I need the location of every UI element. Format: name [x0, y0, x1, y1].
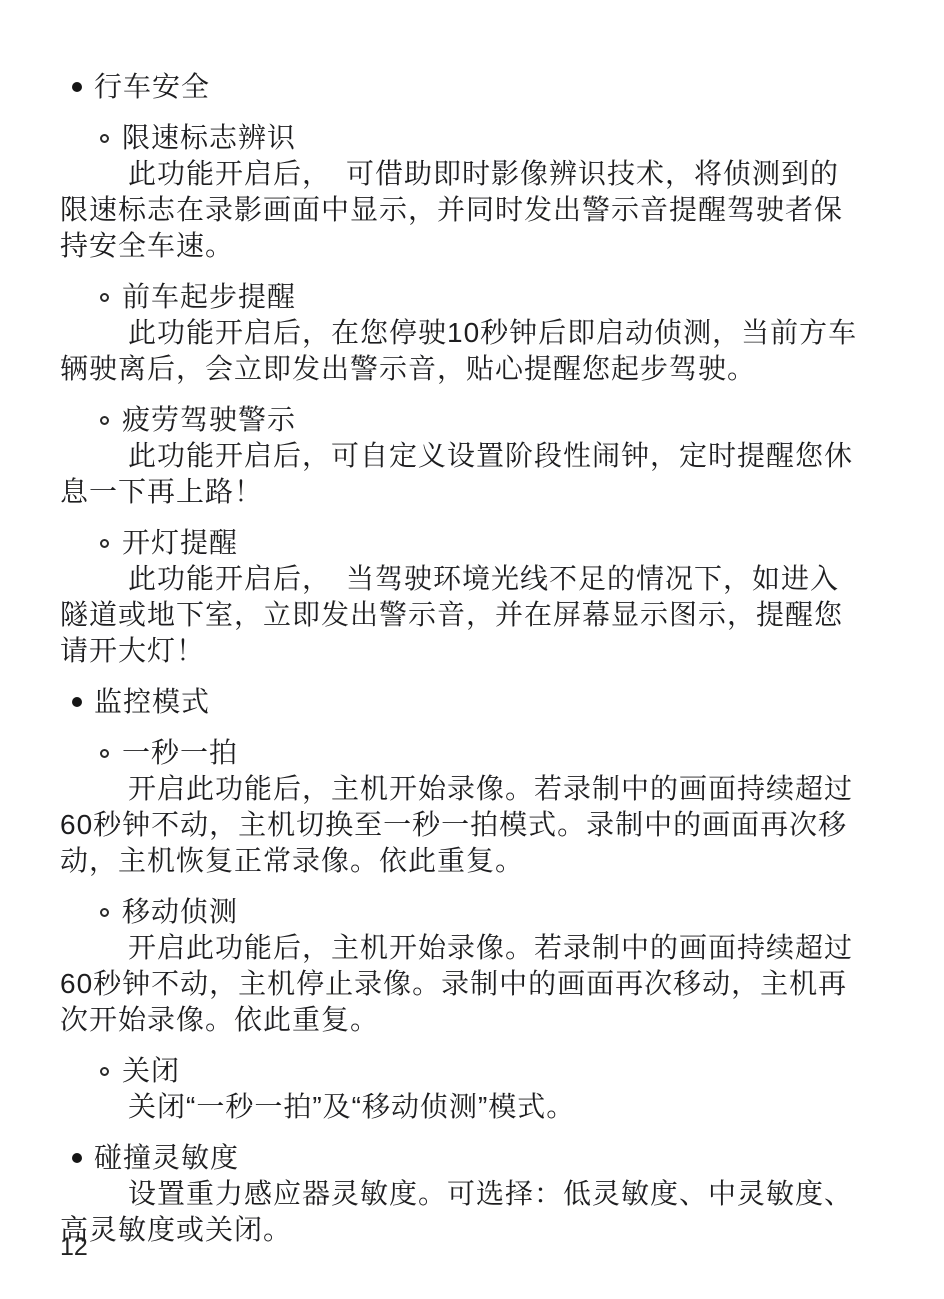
item-body: 此功能开启后，可自定义设置阶段性闹钟，定时提醒您休 息一下再上路！: [60, 438, 884, 510]
circle-bullet-icon: [100, 908, 109, 917]
item-title: 前车起步提醒: [122, 279, 296, 315]
circle-bullet-icon: [100, 134, 109, 143]
section-title: 行车安全: [94, 69, 210, 105]
manual-page: 行车安全 限速标志辨识 此功能开启后， 可借助即时影像辨识技术，将侦测到的 限速…: [0, 0, 944, 1299]
item-heading: 前车起步提醒: [100, 279, 884, 315]
item-heading: 疲劳驾驶警示: [100, 402, 884, 438]
item-heading: 关闭: [100, 1053, 884, 1089]
circle-bullet-icon: [100, 539, 109, 548]
section-collision-sensitivity: 碰撞灵敏度 设置重力感应器灵敏度。可选择：低灵敏度、中灵敏度、 高灵敏度或关闭。: [60, 1140, 884, 1248]
item-body: 开启此功能后，主机开始录像。若录制中的画面持续超过 60秒钟不动，主机停止录像。…: [60, 930, 884, 1038]
item-body: 此功能开启后，在您停驶10秒钟后即启动侦测，当前方车 辆驶离后，会立即发出警示音…: [60, 315, 884, 387]
filled-bullet-icon: [72, 1153, 82, 1163]
page-number: 12: [60, 1232, 88, 1262]
item-title: 移动侦测: [122, 894, 238, 930]
section-heading: 碰撞灵敏度: [60, 1140, 884, 1176]
filled-bullet-icon: [72, 82, 82, 92]
filled-bullet-icon: [72, 697, 82, 707]
item-body: 此功能开启后， 当驾驶环境光线不足的情况下，如进入 隧道或地下室，立即发出警示音…: [60, 561, 884, 669]
section-monitor-mode: 监控模式 一秒一拍 开启此功能后，主机开始录像。若录制中的画面持续超过 60秒钟…: [60, 684, 884, 1125]
item-title: 限速标志辨识: [122, 120, 296, 156]
circle-bullet-icon: [100, 749, 109, 758]
item-title: 开灯提醒: [122, 525, 238, 561]
item-body: 关闭“一秒一拍”及“移动侦测”模式。: [60, 1089, 884, 1125]
item-title: 一秒一拍: [122, 735, 238, 771]
item-heading: 一秒一拍: [100, 735, 884, 771]
section-driving-safety: 行车安全 限速标志辨识 此功能开启后， 可借助即时影像辨识技术，将侦测到的 限速…: [60, 69, 884, 669]
item-body: 此功能开启后， 可借助即时影像辨识技术，将侦测到的 限速标志在录影画面中显示，并…: [60, 156, 884, 264]
section-title: 监控模式: [94, 684, 210, 720]
item-heading: 开灯提醒: [100, 525, 884, 561]
section-body: 设置重力感应器灵敏度。可选择：低灵敏度、中灵敏度、 高灵敏度或关闭。: [60, 1176, 884, 1248]
item-title: 疲劳驾驶警示: [122, 402, 296, 438]
section-title: 碰撞灵敏度: [94, 1140, 239, 1176]
item-body: 开启此功能后，主机开始录像。若录制中的画面持续超过 60秒钟不动，主机切换至一秒…: [60, 771, 884, 879]
circle-bullet-icon: [100, 1067, 109, 1076]
page-content: 行车安全 限速标志辨识 此功能开启后， 可借助即时影像辨识技术，将侦测到的 限速…: [0, 0, 944, 1248]
section-heading: 行车安全: [60, 69, 884, 105]
circle-bullet-icon: [100, 416, 109, 425]
item-title: 关闭: [122, 1053, 180, 1089]
item-heading: 限速标志辨识: [100, 120, 884, 156]
item-heading: 移动侦测: [100, 894, 884, 930]
circle-bullet-icon: [100, 293, 109, 302]
section-heading: 监控模式: [60, 684, 884, 720]
